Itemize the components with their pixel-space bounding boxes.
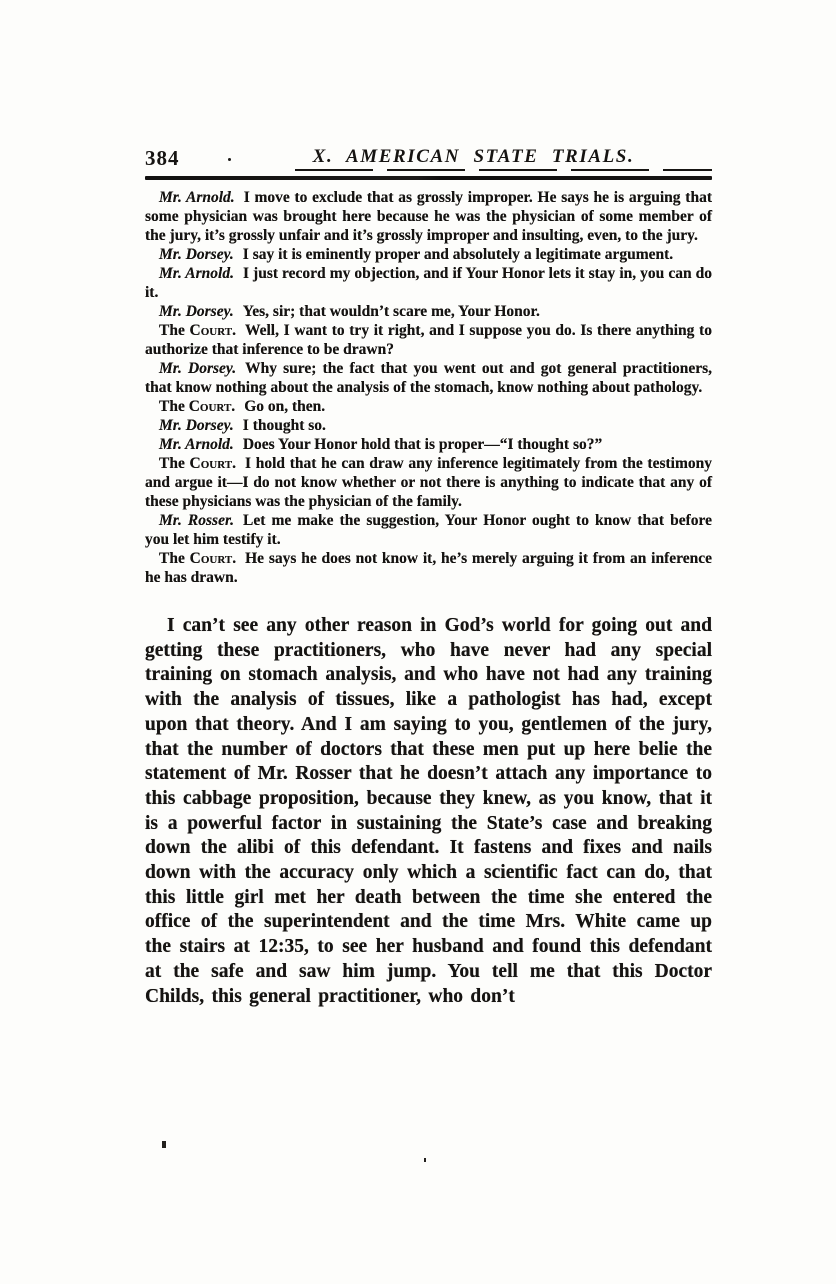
speaker-prefix: The bbox=[159, 398, 189, 415]
dialogue-paragraph: Mr. Dorsey.I thought so. bbox=[145, 416, 712, 435]
dialogue-paragraph: Mr. Arnold.I move to exclude that as gro… bbox=[145, 188, 712, 245]
scan-speck bbox=[228, 158, 231, 161]
speaker-name: Mr. Rosser. bbox=[159, 512, 234, 529]
speaker-name: Mr. Arnold. bbox=[159, 189, 235, 206]
dialogue-paragraph: The Court.Well, I want to try it right, … bbox=[145, 321, 712, 359]
scan-speck bbox=[162, 1141, 166, 1148]
argument-paragraph: I can’t see any other reason in God’s wo… bbox=[145, 614, 712, 1009]
speech-text: I say it is eminently proper and absolut… bbox=[243, 246, 673, 263]
speaker-name: Court. bbox=[190, 455, 236, 472]
speaker-name: Court. bbox=[190, 550, 236, 567]
page-number: 384 bbox=[145, 146, 180, 171]
scan-speck bbox=[424, 1158, 426, 1162]
running-title: X. AMERICAN STATE TRIALS. bbox=[235, 146, 712, 168]
speaker-name: Mr. Dorsey. bbox=[159, 246, 234, 263]
text-column: 384 X. AMERICAN STATE TRIALS. Mr. Arnold… bbox=[145, 146, 712, 1009]
speech-text: Does Your Honor hold that is proper—“I t… bbox=[243, 436, 602, 453]
speaker-name: Court. bbox=[189, 398, 235, 415]
dialogue-paragraph: Mr. Dorsey.I say it is eminently proper … bbox=[145, 245, 712, 264]
book-page: 384 X. AMERICAN STATE TRIALS. Mr. Arnold… bbox=[0, 0, 836, 1284]
header-rule-bottom bbox=[145, 176, 712, 180]
speech-text: I thought so. bbox=[243, 417, 326, 434]
dialogue-paragraph: The Court.I hold that he can draw any in… bbox=[145, 454, 712, 511]
dialogue-paragraph: Mr. Arnold.I just record my objection, a… bbox=[145, 264, 712, 302]
speaker-name: Mr. Arnold. bbox=[159, 265, 234, 282]
dialogue-paragraph: The Court.Go on, then. bbox=[145, 397, 712, 416]
page-header: 384 X. AMERICAN STATE TRIALS. bbox=[145, 146, 712, 172]
dialogue-paragraph: Mr. Dorsey.Why sure; the fact that you w… bbox=[145, 359, 712, 397]
dialogue-section: Mr. Arnold.I move to exclude that as gro… bbox=[145, 188, 712, 587]
speaker-prefix: The bbox=[159, 322, 190, 339]
header-rule-top bbox=[295, 169, 712, 171]
dialogue-paragraph: Mr. Dorsey.Yes, sir; that wouldn’t scare… bbox=[145, 302, 712, 321]
speaker-prefix: The bbox=[159, 550, 190, 567]
speaker-name: Mr. Dorsey. bbox=[159, 417, 234, 434]
dialogue-paragraph: The Court.He says he does not know it, h… bbox=[145, 549, 712, 587]
speaker-name: Mr. Dorsey. bbox=[159, 360, 236, 377]
argument-section: I can’t see any other reason in God’s wo… bbox=[145, 614, 712, 1009]
speech-text: Go on, then. bbox=[244, 398, 325, 415]
dialogue-paragraph: Mr. Rosser.Let me make the suggestion, Y… bbox=[145, 511, 712, 549]
speaker-prefix: The bbox=[159, 455, 190, 472]
speaker-name: Mr. Arnold. bbox=[159, 436, 234, 453]
dialogue-paragraph: Mr. Arnold.Does Your Honor hold that is … bbox=[145, 435, 712, 454]
speaker-name: Court. bbox=[190, 322, 236, 339]
speech-text: Yes, sir; that wouldn’t scare me, Your H… bbox=[243, 303, 540, 320]
speaker-name: Mr. Dorsey. bbox=[159, 303, 234, 320]
